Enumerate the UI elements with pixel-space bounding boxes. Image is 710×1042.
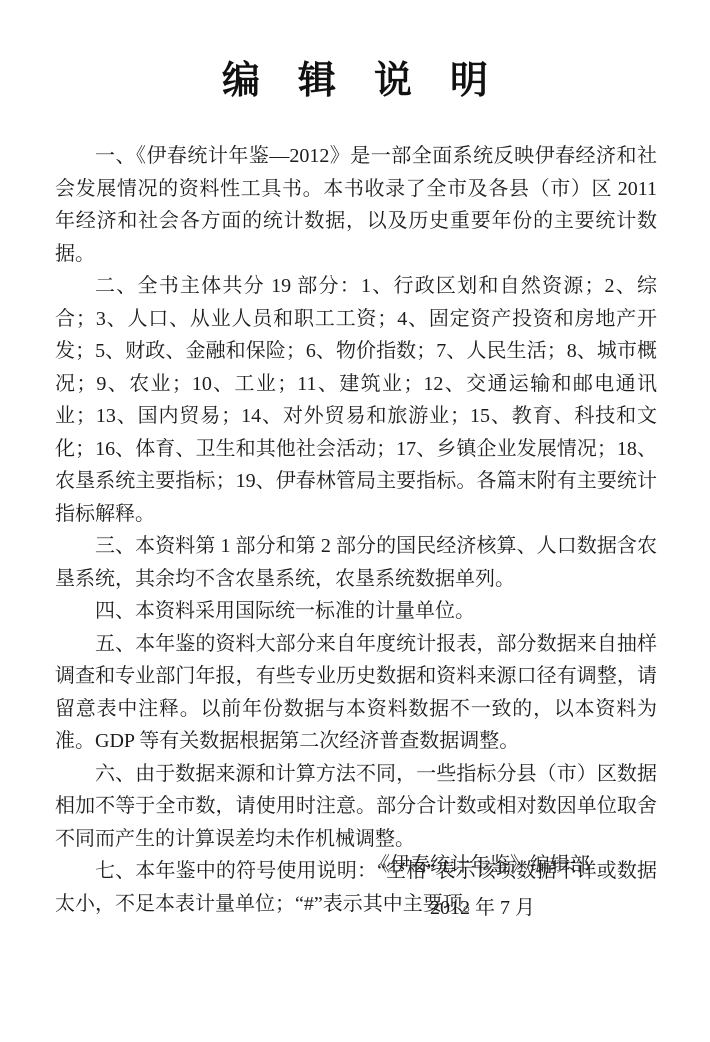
- paragraph-1: 一、《伊春统计年鉴—2012》是一部全面系统反映伊春经济和社会发展情况的资料性工…: [55, 140, 657, 270]
- publication-date: 2012 年 7 月: [55, 894, 657, 922]
- paragraph-3: 三、本资料第 1 部分和第 2 部分的国民经济核算、人口数据含农垦系统，其余均不…: [55, 530, 657, 595]
- paragraph-4: 四、本资料采用国际统一标准的计量单位。: [55, 595, 657, 628]
- paragraph-6: 六、由于数据来源和计算方法不同，一些指标分县（市）区数据相加不等于全市数，请使用…: [55, 758, 657, 856]
- document-body: 一、《伊春统计年鉴—2012》是一部全面系统反映伊春经济和社会发展情况的资料性工…: [55, 140, 657, 920]
- page-title: 编 辑 说 明: [0, 56, 710, 106]
- paragraph-2: 二、全书主体共分 19 部分：1、行政区划和自然资源；2、综合；3、人口、从业人…: [55, 270, 657, 530]
- editorial-signature: 《伊春统计年鉴》编辑部: [55, 851, 657, 879]
- paragraph-5: 五、本年鉴的资料大部分来自年度统计报表，部分数据来自抽样调查和专业部门年报，有些…: [55, 628, 657, 758]
- document-page: 编 辑 说 明 一、《伊春统计年鉴—2012》是一部全面系统反映伊春经济和社会发…: [0, 0, 710, 1042]
